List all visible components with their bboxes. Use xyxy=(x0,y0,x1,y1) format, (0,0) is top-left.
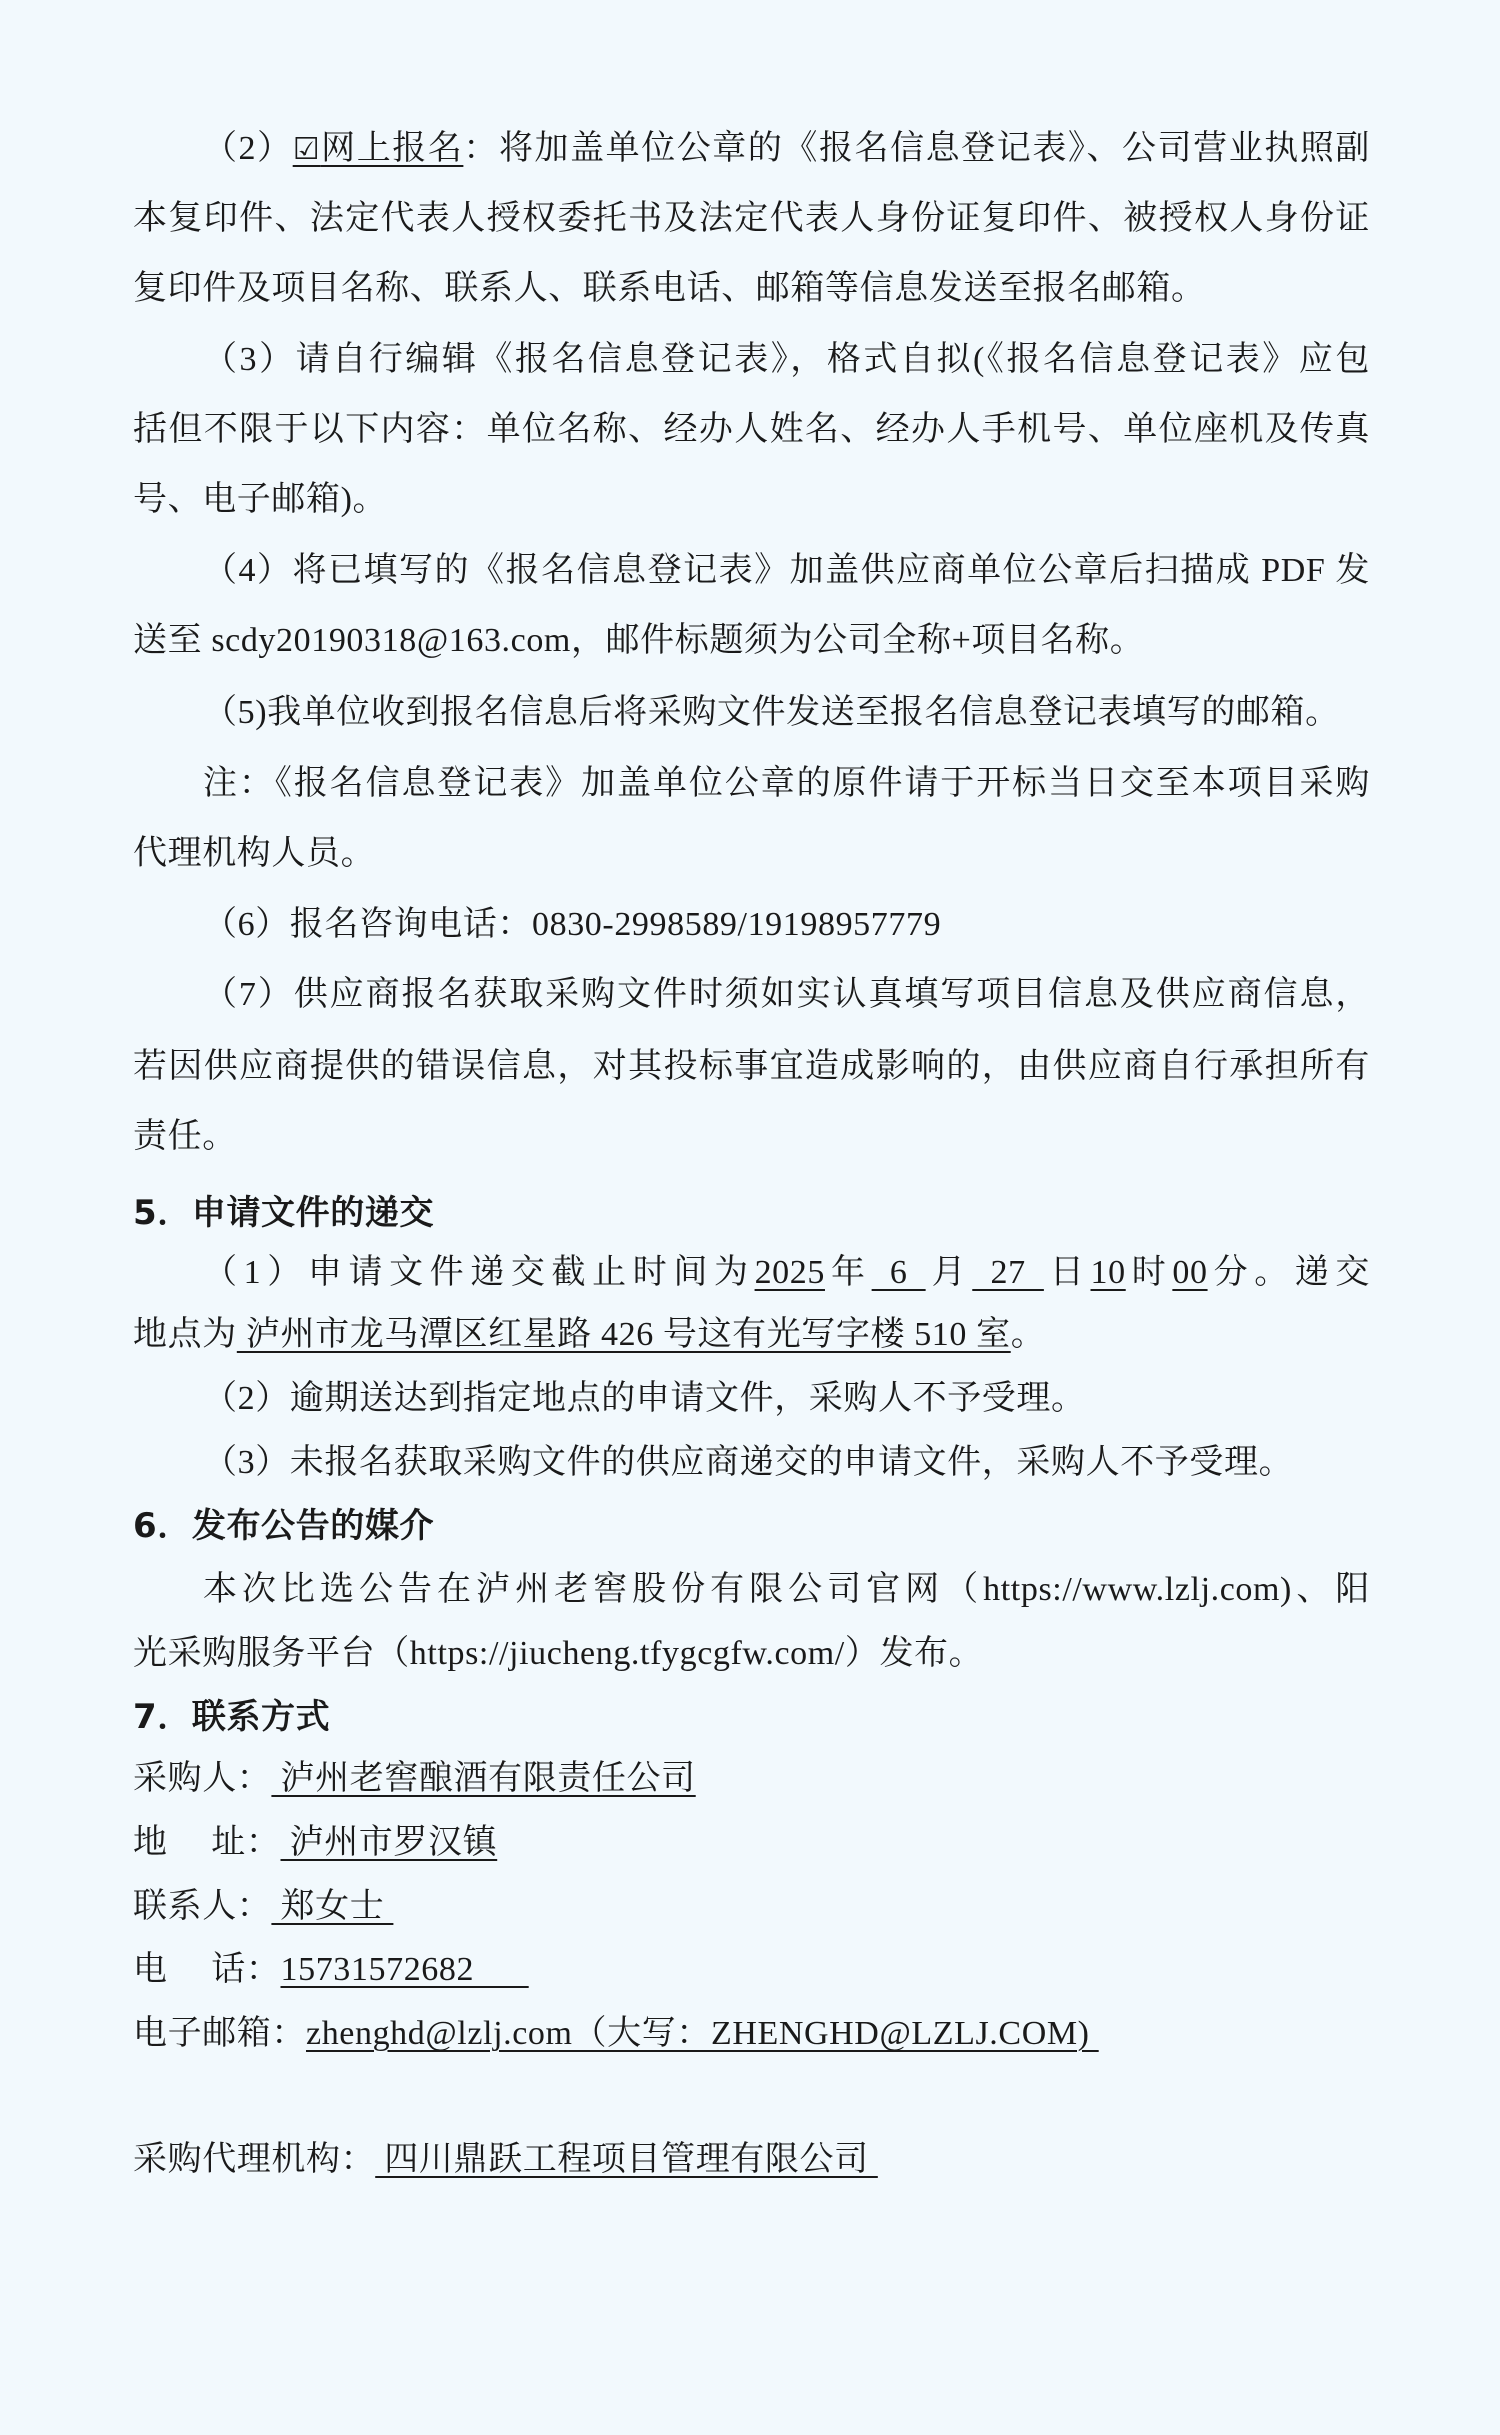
minute-unit: 分。递交 xyxy=(1208,1254,1370,1291)
location-label: 地点为 xyxy=(133,1316,237,1353)
agency-label: 采购代理机构： xyxy=(133,2141,375,2178)
section6-line1: 本次比选公告在泸州老窖股份有限公司官网（https://www.lzlj.com… xyxy=(203,1565,1370,1615)
item5-line1: （5)我单位收到报名信息后将采购文件发送至报名信息登记表填写的邮箱。 xyxy=(203,688,1370,738)
purchaser-label: 采购人： xyxy=(133,1760,271,1797)
agency-value: 四川鼎跃工程项目管理有限公司 xyxy=(375,2135,878,2185)
item3-line2: 括但不限于以下内容：单位名称、经办人姓名、经办人手机号、单位座机及传真 xyxy=(133,405,1370,455)
item6-line: （6）报名咨询电话：0830-2998589/19198957779 xyxy=(203,900,1370,950)
item3-line3: 号、电子邮箱)。 xyxy=(133,475,1370,525)
section7-heading: 7．联系方式 xyxy=(133,1692,1370,1742)
consult-phone-numbers: 0830-2998589/19198957779 xyxy=(532,906,941,943)
note-line2: 代理机构人员。 xyxy=(133,829,1370,879)
purchaser-row: 采购人： 泸州老窖酿酒有限责任公司 xyxy=(133,1754,1370,1804)
item7-line2: 若因供应商提供的错误信息，对其投标事宜造成影响的，由供应商自行承担所有 xyxy=(133,1042,1370,1092)
item-number: （2） xyxy=(203,130,293,167)
checkbox-checked-icon: ☑ xyxy=(293,132,321,167)
item2-line1: （2）☑网上报名：将加盖单位公章的《报名信息登记表》、公司营业执照副 xyxy=(203,124,1370,174)
section5-item3: （3）未报名获取采购文件的供应商递交的申请文件，采购人不予受理。 xyxy=(203,1438,1370,1488)
consult-phone-label: （6）报名咨询电话： xyxy=(203,906,532,943)
item7-line1: （7）供应商报名获取采购文件时须如实认真填写项目信息及供应商信息， xyxy=(203,970,1370,1020)
send-to-label: 送至 xyxy=(133,622,211,659)
submission-location-line: 地点为 泸州市龙马潭区红星路 426 号这有光写字楼 510 室。 xyxy=(133,1310,1370,1360)
phone-row: 电 话：15731572682 xyxy=(133,1945,1370,1995)
item4-line1: （4）将已填写的《报名信息登记表》加盖供应商单位公章后扫描成 PDF 发 xyxy=(203,546,1370,596)
item2-line3: 复印件及项目名称、联系人、联系电话、邮箱等信息发送至报名邮箱。 xyxy=(133,264,1370,314)
hour-unit: 时 xyxy=(1126,1254,1173,1291)
email-value[interactable]: zhenghd@lzlj.com（大写：ZHENGHD@LZLJ.COM) xyxy=(306,2009,1099,2059)
phone-label: 电 话： xyxy=(133,1951,281,1988)
deadline-line: （1）申请文件递交截止时间为2025年 6 月 27 日10时00分。递交 xyxy=(203,1248,1370,1298)
contact-row: 联系人： 郑女士 xyxy=(133,1882,1370,1932)
location-suffix: 。 xyxy=(1011,1316,1046,1353)
registration-method: 网上报名 xyxy=(320,130,463,167)
deadline-month: 6 xyxy=(872,1248,926,1298)
deadline-day: 27 xyxy=(972,1248,1044,1298)
deadline-hour: 10 xyxy=(1091,1254,1126,1291)
email-label: 电子邮箱： xyxy=(133,2015,306,2052)
agency-row: 采购代理机构： 四川鼎跃工程项目管理有限公司 xyxy=(133,2135,1370,2185)
deadline-year: 2025 xyxy=(755,1254,825,1291)
note-line1: 注：《报名信息登记表》加盖单位公章的原件请于开标当日交至本项目采购 xyxy=(203,759,1370,809)
month-unit: 月 xyxy=(926,1254,973,1291)
address-row: 地 址： 泸州市罗汉镇 xyxy=(133,1818,1370,1868)
address-value: 泸州市罗汉镇 xyxy=(281,1818,498,1868)
section5-item2: （2）逾期送达到指定地点的申请文件，采购人不予受理。 xyxy=(203,1374,1370,1424)
item2-line2: 本复印件、法定代表人授权委托书及法定代表人身份证复印件、被授权人身份证 xyxy=(133,194,1370,244)
item7-line3: 责任。 xyxy=(133,1112,1370,1162)
contact-value: 郑女士 xyxy=(271,1882,393,1932)
registration-email[interactable]: scdy20190318@163.com xyxy=(211,622,571,659)
section6-heading: 6．发布公告的媒介 xyxy=(133,1501,1370,1551)
submission-address: 泸州市龙马潭区红星路 426 号这有光写字楼 510 室 xyxy=(237,1310,1011,1360)
contact-label: 联系人： xyxy=(133,1888,271,1925)
day-unit: 日 xyxy=(1044,1254,1091,1291)
email-row: 电子邮箱：zhenghd@lzlj.com（大写：ZHENGHD@LZLJ.CO… xyxy=(133,2009,1370,2059)
phone-value: 15731572682 xyxy=(281,1945,529,1995)
section5-heading: 5．申请文件的递交 xyxy=(133,1188,1370,1238)
email-subject-rule: ，邮件标题须为公司全称+项目名称。 xyxy=(571,622,1144,659)
address-label: 地 址： xyxy=(133,1824,281,1861)
online-registration-option: ☑网上报名 xyxy=(293,130,464,167)
deadline-label: （1）申请文件递交截止时间为 xyxy=(203,1254,755,1291)
item3-line1: （3）请自行编辑《报名信息登记表》，格式自拟(《报名信息登记表》应包 xyxy=(203,335,1370,385)
item4-line2: 送至 scdy20190318@163.com，邮件标题须为公司全称+项目名称。 xyxy=(133,616,1370,666)
purchaser-value: 泸州老窖酿酒有限责任公司 xyxy=(271,1754,695,1804)
deadline-minute: 00 xyxy=(1172,1254,1207,1291)
item2-text: ：将加盖单位公章的《报名信息登记表》、公司营业执照副 xyxy=(463,130,1370,167)
year-unit: 年 xyxy=(825,1254,872,1291)
section6-line2: 光采购服务平台（https://jiucheng.tfygcgfw.com/）发… xyxy=(133,1629,1370,1679)
